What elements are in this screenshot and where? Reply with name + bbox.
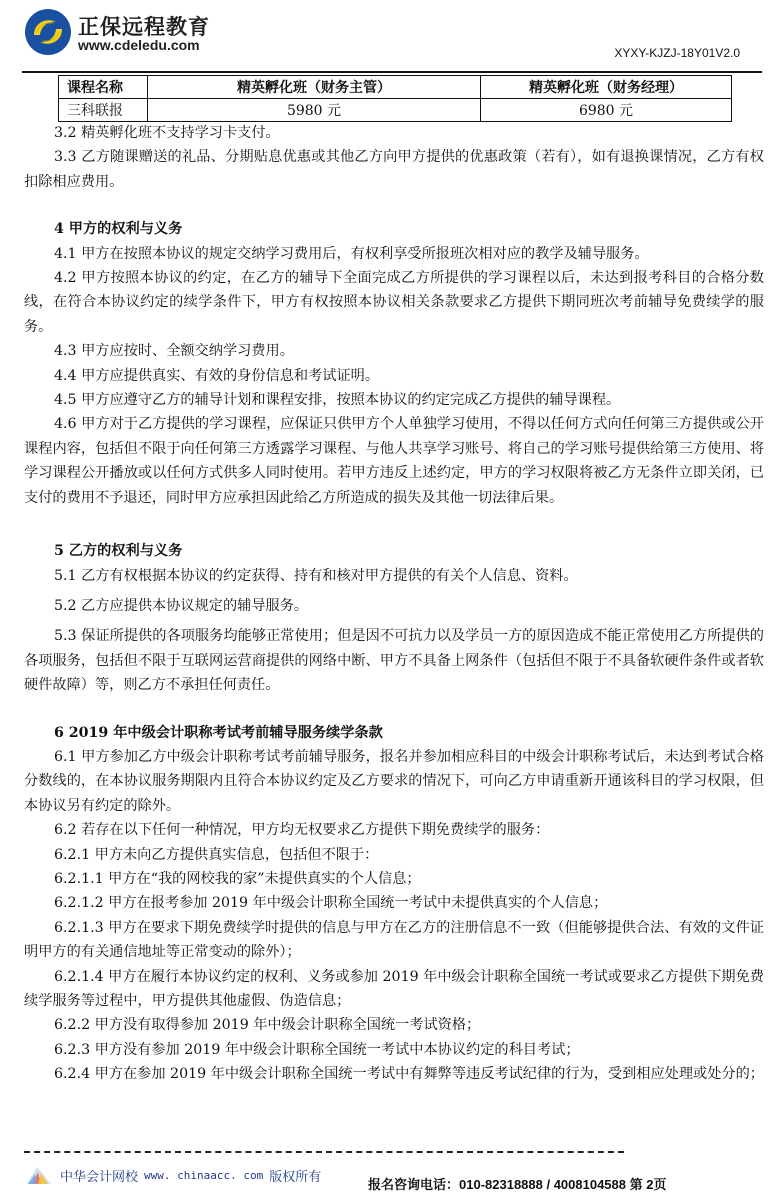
clause-6-2-1-3: 6.2.1.3 甲方在要求下期免费续学时提供的信息与甲方在乙方的注册信息不一致（…: [24, 916, 764, 965]
chinaacc-logo-icon: [24, 1164, 54, 1186]
section-4-heading: 4 甲方的权利与义务: [24, 217, 764, 241]
clause-6-2: 6.2 若存在以下任何一种情况，甲方均无权要求乙方提供下期免费续学的服务：: [24, 818, 764, 842]
price-table: 课程名称 精英孵化班（财务主管） 精英孵化班（财务经理） 三科联报 5980 元…: [58, 75, 732, 122]
document-code: XYXY-KJZJ-18Y01V2.0: [614, 46, 740, 60]
clause-5-1: 5.1 乙方有权根据本协议的约定获得、持有和核对甲方提供的有关个人信息、资料。: [24, 564, 764, 588]
footer-brand: 中华会计网校 www. chinaacc. com 版权所有: [24, 1164, 321, 1186]
clause-6-2-3: 6.2.3 甲方没有参加 2019 年中级会计职称全国统一考试中本协议约定的科目…: [24, 1038, 764, 1062]
cdeledu-logo-icon: [24, 8, 72, 56]
clause-3-2: 3.2 精英孵化班不支持学习卡支付。: [24, 121, 764, 145]
header-divider: [22, 71, 762, 73]
clause-4-6: 4.6 甲方对于乙方提供的学习课程，应保证只供甲方个人单独学习使用，不得以任何方…: [24, 412, 764, 510]
clause-6-1: 6.1 甲方参加乙方中级会计职称考试考前辅导服务，报名并参加相应科目的中级会计职…: [24, 745, 764, 818]
table-header-row: 课程名称 精英孵化班（财务主管） 精英孵化班（财务经理）: [59, 76, 732, 99]
clause-5-2: 5.2 乙方应提供本协议规定的辅导服务。: [24, 594, 764, 618]
clause-6-2-2: 6.2.2 甲方没有取得参加 2019 年中级会计职称全国统一考试资格；: [24, 1013, 764, 1037]
table-cell: 5980 元: [148, 99, 481, 122]
table-header-cell: 课程名称: [59, 76, 148, 99]
document-body: 3.2 精英孵化班不支持学习卡支付。 3.3 乙方随课赠送的礼品、分期贴息优惠或…: [24, 121, 764, 1087]
clause-6-2-1-1: 6.2.1.1 甲方在“我的网校我的家”未提供真实的个人信息；: [24, 867, 764, 891]
clause-3-3: 3.3 乙方随课赠送的礼品、分期贴息优惠或其他乙方向甲方提供的优惠政策（若有），…: [24, 145, 764, 194]
section-6-heading: 6 2019 年中级会计职称考试考前辅导服务续学条款: [24, 721, 764, 745]
clause-6-2-1-4: 6.2.1.4 甲方在履行本协议约定的权利、义务或参加 2019 年中级会计职称…: [24, 965, 764, 1014]
table-row: 三科联报 5980 元 6980 元: [59, 99, 732, 122]
clause-5-3: 5.3 保证所提供的各项服务均能够正常使用；但是因不可抗力以及学员一方的原因造成…: [24, 624, 764, 697]
brand-url: www.cdeledu.com: [78, 37, 200, 53]
clause-4-2: 4.2 甲方按照本协议的约定，在乙方的辅导下全面完成乙方所提供的学习课程以后，未…: [24, 266, 764, 339]
page-header: 正保远程教育 www.cdeledu.com XYXY-KJZJ-18Y01V2…: [0, 0, 778, 72]
footer-divider: [24, 1151, 624, 1153]
table-cell: 6980 元: [481, 99, 732, 122]
table-header-cell: 精英孵化班（财务主管）: [148, 76, 481, 99]
footer-contact-page: 报名咨询电话：010-82318888 / 4008104588 第 2页: [368, 1174, 666, 1193]
clause-4-1: 4.1 甲方在按照本协议的规定交纳学习费用后，有权利享受所报班次相对应的教学及辅…: [24, 242, 764, 266]
table-cell: 三科联报: [59, 99, 148, 122]
section-5-heading: 5 乙方的权利与义务: [24, 539, 764, 563]
table-header-cell: 精英孵化班（财务经理）: [481, 76, 732, 99]
clause-6-2-1-2: 6.2.1.2 甲方在报考参加 2019 年中级会计职称全国统一考试中未提供真实…: [24, 891, 764, 915]
clause-4-3: 4.3 甲方应按时、全额交纳学习费用。: [24, 339, 764, 363]
clause-4-4: 4.4 甲方应提供真实、有效的身份信息和考试证明。: [24, 364, 764, 388]
clause-4-5: 4.5 甲方应遵守乙方的辅导计划和课程安排，按照本协议的约定完成乙方提供的辅导课…: [24, 388, 764, 412]
footer-copyright: 版权所有: [269, 1166, 321, 1185]
clause-6-2-1: 6.2.1 甲方未向乙方提供真实信息，包括但不限于：: [24, 843, 764, 867]
clause-6-2-4: 6.2.4 甲方在参加 2019 年中级会计职称全国统一考试中有舞弊等违反考试纪…: [24, 1062, 764, 1086]
footer-site-name: 中华会计网校: [60, 1166, 138, 1185]
footer-site-url[interactable]: www. chinaacc. com: [144, 1169, 263, 1182]
